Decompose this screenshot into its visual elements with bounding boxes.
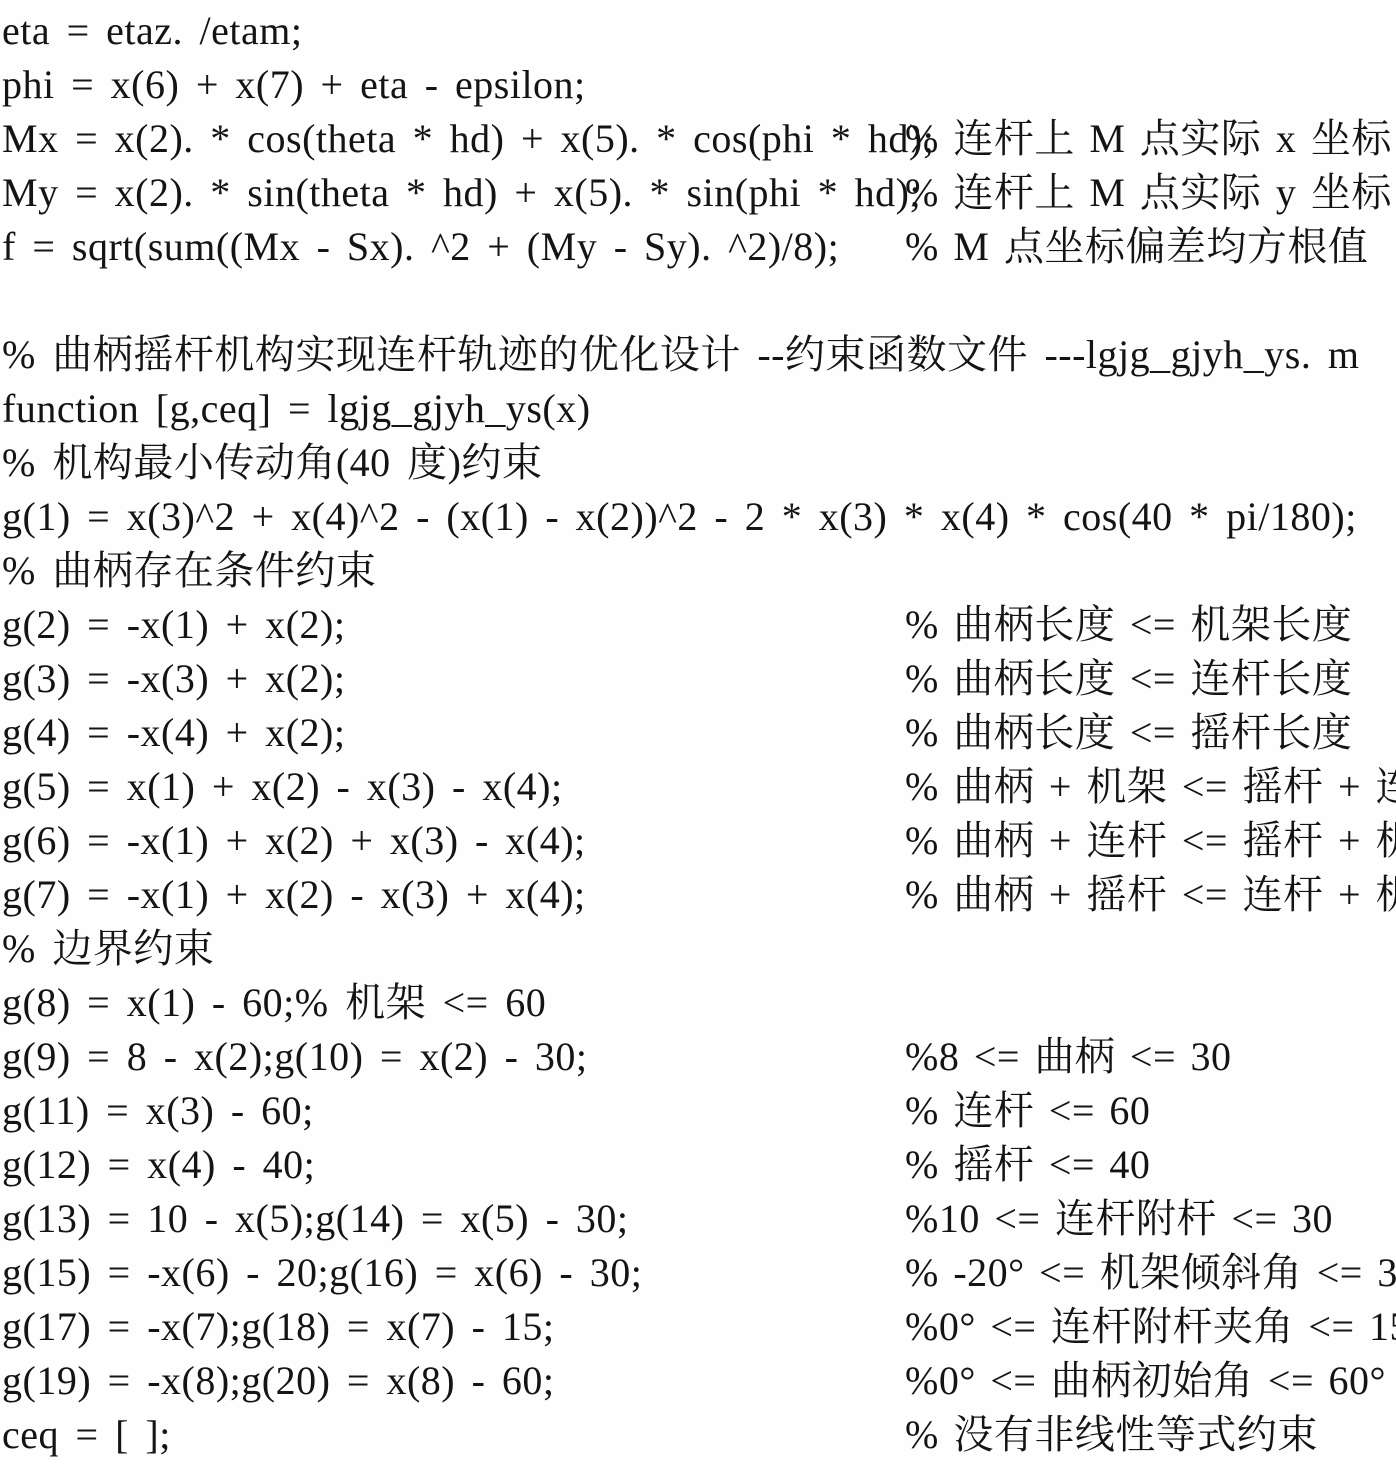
code-line: g(4) = -x(4) + x(2); % 曲柄长度 <= 摇杆长度 bbox=[2, 706, 1396, 760]
code-line-section-comment: % 机构最小传动角(40 度)约束 bbox=[2, 436, 1396, 490]
comment-text: % 连杆上 M 点实际 x 坐标 bbox=[905, 112, 1396, 166]
comment-text: % -20° <= 机架倾斜角 <= 30° bbox=[905, 1246, 1396, 1300]
code-text: % 曲柄摇杆机构实现连杆轨迹的优化设计 --约束函数文件 ---lgjg_gjy… bbox=[2, 328, 1396, 382]
code-text: g(5) = x(1) + x(2) - x(3) - x(4); bbox=[2, 760, 905, 814]
code-text: g(4) = -x(4) + x(2); bbox=[2, 706, 905, 760]
code-line: g(8) = x(1) - 60;% 机架 <= 60 bbox=[2, 976, 1396, 1030]
comment-text: %0° <= 曲柄初始角 <= 60° bbox=[905, 1354, 1396, 1408]
code-line: g(3) = -x(3) + x(2); % 曲柄长度 <= 连杆长度 bbox=[2, 652, 1396, 706]
comment-text: % M 点坐标偏差均方根值 bbox=[905, 220, 1396, 274]
code-text: % 边界约束 bbox=[2, 922, 1396, 976]
code-line: g(11) = x(3) - 60; % 连杆 <= 60 bbox=[2, 1084, 1396, 1138]
code-line-section-comment: % 边界约束 bbox=[2, 922, 1396, 976]
code-text: g(12) = x(4) - 40; bbox=[2, 1138, 905, 1192]
code-text: function [g,ceq] = lgjg_gjyh_ys(x) bbox=[2, 382, 1396, 436]
code-line: phi = x(6) + x(7) + eta - epsilon; bbox=[2, 58, 1396, 112]
comment-text: % 曲柄 + 机架 <= 摇杆 + 连杆 bbox=[905, 760, 1396, 814]
code-line: g(19) = -x(8);g(20) = x(8) - 60; %0° <= … bbox=[2, 1354, 1396, 1408]
code-line: g(6) = -x(1) + x(2) + x(3) - x(4); % 曲柄 … bbox=[2, 814, 1396, 868]
code-line-function-declaration: function [g,ceq] = lgjg_gjyh_ys(x) bbox=[2, 382, 1396, 436]
code-line: Mx = x(2). * cos(theta * hd) + x(5). * c… bbox=[2, 112, 1396, 166]
code-line: g(13) = 10 - x(5);g(14) = x(5) - 30; %10… bbox=[2, 1192, 1396, 1246]
code-line: g(15) = -x(6) - 20;g(16) = x(6) - 30; % … bbox=[2, 1246, 1396, 1300]
code-text: g(11) = x(3) - 60; bbox=[2, 1084, 905, 1138]
code-text: g(3) = -x(3) + x(2); bbox=[2, 652, 905, 706]
code-line-section-comment: % 曲柄存在条件约束 bbox=[2, 544, 1396, 598]
code-line: ceq = [ ]; % 没有非线性等式约束 bbox=[2, 1408, 1396, 1462]
code-text: % 曲柄存在条件约束 bbox=[2, 544, 1396, 598]
comment-text: % 曲柄 + 连杆 <= 摇杆 + 机架 bbox=[905, 814, 1396, 868]
code-text: g(2) = -x(1) + x(2); bbox=[2, 598, 905, 652]
comment-text: % 连杆 <= 60 bbox=[905, 1084, 1396, 1138]
code-text: g(7) = -x(1) + x(2) - x(3) + x(4); bbox=[2, 868, 905, 922]
code-line: g(9) = 8 - x(2);g(10) = x(2) - 30; %8 <=… bbox=[2, 1030, 1396, 1084]
code-line: g(17) = -x(7);g(18) = x(7) - 15; %0° <= … bbox=[2, 1300, 1396, 1354]
code-text: % 机构最小传动角(40 度)约束 bbox=[2, 436, 1396, 490]
comment-text: % 连杆上 M 点实际 y 坐标 bbox=[905, 166, 1396, 220]
code-line-title-comment: % 曲柄摇杆机构实现连杆轨迹的优化设计 --约束函数文件 ---lgjg_gjy… bbox=[2, 328, 1396, 382]
code-text: g(15) = -x(6) - 20;g(16) = x(6) - 30; bbox=[2, 1246, 905, 1300]
code-text: phi = x(6) + x(7) + eta - epsilon; bbox=[2, 58, 1396, 112]
comment-text: % 曲柄长度 <= 机架长度 bbox=[905, 598, 1396, 652]
code-listing-page: eta = etaz. /etam; phi = x(6) + x(7) + e… bbox=[0, 0, 1396, 1468]
blank-line bbox=[2, 274, 1396, 328]
code-text: g(1) = x(3)^2 + x(4)^2 - (x(1) - x(2))^2… bbox=[2, 490, 1396, 544]
code-text: f = sqrt(sum((Mx - Sx). ^2 + (My - Sy). … bbox=[2, 220, 905, 274]
code-line: My = x(2). * sin(theta * hd) + x(5). * s… bbox=[2, 166, 1396, 220]
code-text: g(6) = -x(1) + x(2) + x(3) - x(4); bbox=[2, 814, 905, 868]
code-text: g(17) = -x(7);g(18) = x(7) - 15; bbox=[2, 1300, 905, 1354]
comment-text: %10 <= 连杆附杆 <= 30 bbox=[905, 1192, 1396, 1246]
code-text: ceq = [ ]; bbox=[2, 1408, 905, 1462]
comment-text: %0° <= 连杆附杆夹角 <= 15° bbox=[905, 1300, 1396, 1354]
code-line: g(5) = x(1) + x(2) - x(3) - x(4); % 曲柄 +… bbox=[2, 760, 1396, 814]
comment-text: % 摇杆 <= 40 bbox=[905, 1138, 1396, 1192]
comment-text: % 曲柄长度 <= 摇杆长度 bbox=[905, 706, 1396, 760]
code-text: g(9) = 8 - x(2);g(10) = x(2) - 30; bbox=[2, 1030, 905, 1084]
code-text: g(8) = x(1) - 60;% 机架 <= 60 bbox=[2, 976, 1396, 1030]
code-text: My = x(2). * sin(theta * hd) + x(5). * s… bbox=[2, 166, 905, 220]
code-line: f = sqrt(sum((Mx - Sx). ^2 + (My - Sy). … bbox=[2, 220, 1396, 274]
comment-text: % 没有非线性等式约束 bbox=[905, 1408, 1396, 1462]
code-line: g(7) = -x(1) + x(2) - x(3) + x(4); % 曲柄 … bbox=[2, 868, 1396, 922]
code-text: g(13) = 10 - x(5);g(14) = x(5) - 30; bbox=[2, 1192, 905, 1246]
code-line: g(1) = x(3)^2 + x(4)^2 - (x(1) - x(2))^2… bbox=[2, 490, 1396, 544]
code-text: eta = etaz. /etam; bbox=[2, 4, 1396, 58]
comment-text: % 曲柄长度 <= 连杆长度 bbox=[905, 652, 1396, 706]
code-text: g(19) = -x(8);g(20) = x(8) - 60; bbox=[2, 1354, 905, 1408]
code-text: Mx = x(2). * cos(theta * hd) + x(5). * c… bbox=[2, 112, 905, 166]
comment-text: %8 <= 曲柄 <= 30 bbox=[905, 1030, 1396, 1084]
code-line: eta = etaz. /etam; bbox=[2, 4, 1396, 58]
code-line: g(12) = x(4) - 40; % 摇杆 <= 40 bbox=[2, 1138, 1396, 1192]
code-line: g(2) = -x(1) + x(2); % 曲柄长度 <= 机架长度 bbox=[2, 598, 1396, 652]
comment-text: % 曲柄 + 摇杆 <= 连杆 + 机架 bbox=[905, 868, 1396, 922]
